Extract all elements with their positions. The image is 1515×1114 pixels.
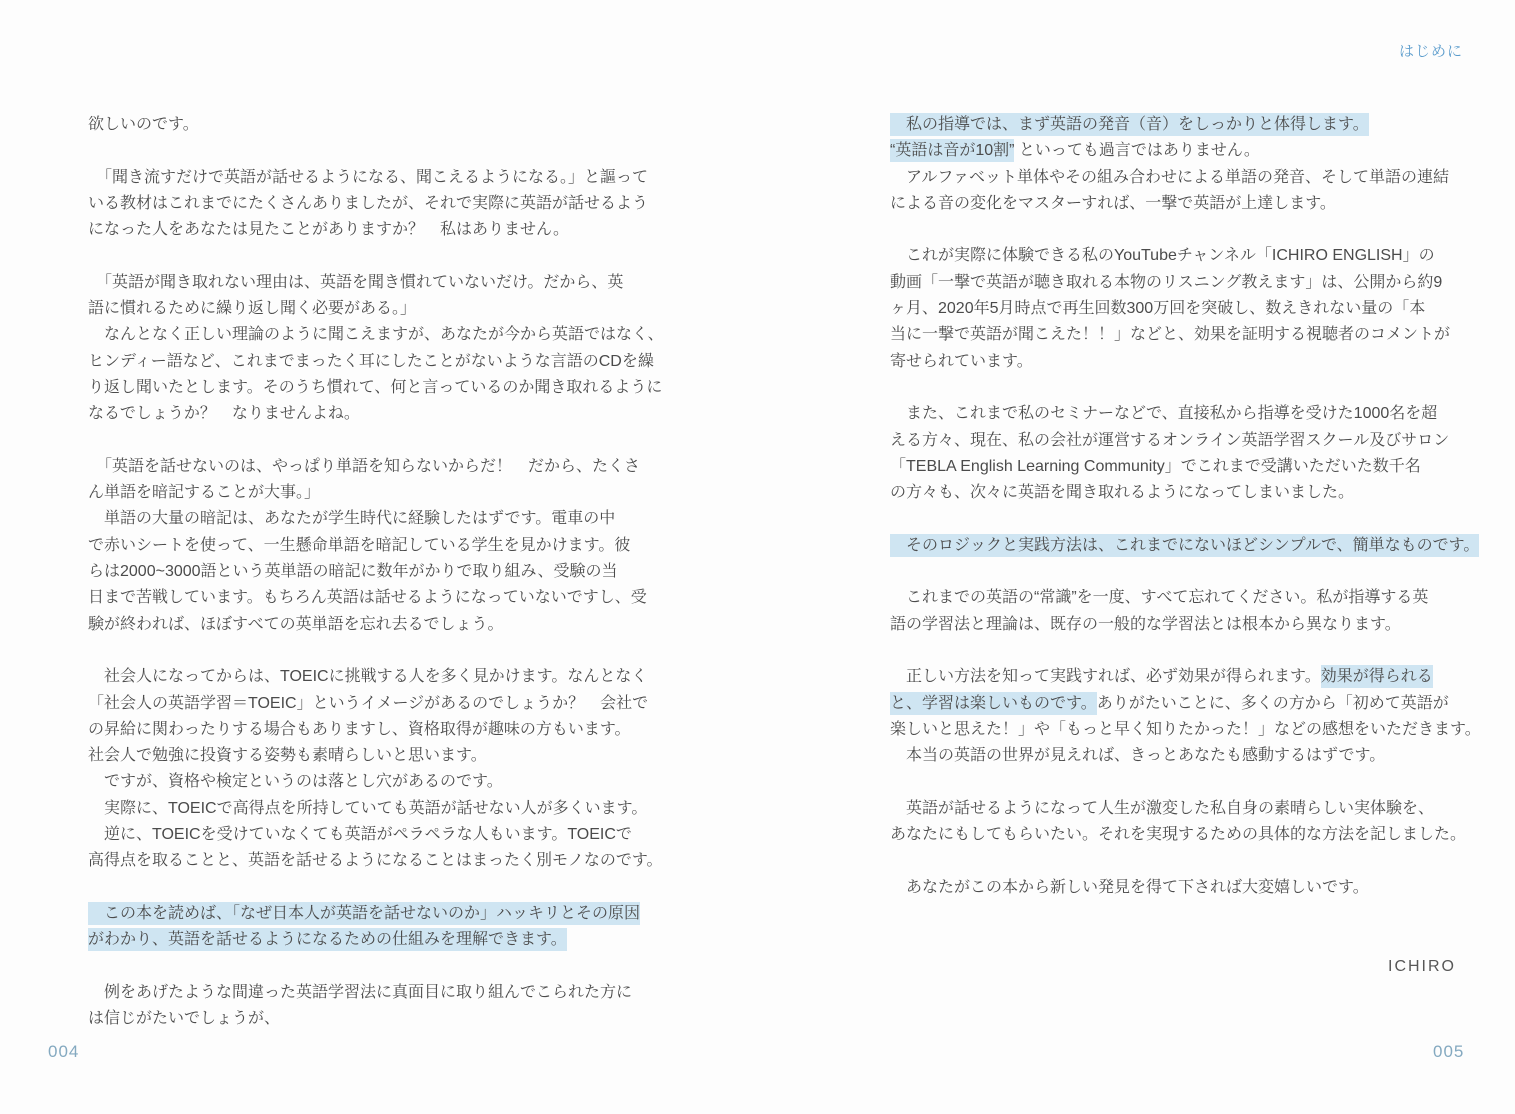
text-line: [890, 506, 1456, 532]
body-text: いる教材はこれまでにたくさんありましたが、それで実際に英語が話せるよう: [88, 195, 648, 212]
body-text: 「英語が聞き取れない理由は、英語を聞き慣れていないだけ。だから、英: [88, 274, 623, 291]
highlighted-text: 効果が得られる: [1321, 665, 1433, 688]
text-line: になった人をあなたは見たことがありますか？ 私はありません。: [88, 217, 654, 243]
text-line: [88, 954, 654, 980]
body-text: り返し聞いたとします。そのうち慣れて、何と言っているのか聞き取れるように: [88, 379, 662, 396]
text-line: 「TEBLA English Learning Community」でこれまで受…: [890, 454, 1456, 480]
text-line: “英語は音が10割” といっても過言ではありません。: [890, 138, 1456, 164]
body-text: なるでしょうか？ なりませんよね。: [88, 405, 360, 422]
body-text: の昇給に関わったりする場合もありますし、資格取得が趣味の方もいます。: [88, 721, 631, 738]
text-line: 語に慣れるために繰り返し聞く必要がある。」: [88, 296, 654, 322]
body-text: による音の変化をマスターすれば、一撃で英語が上達します。: [890, 195, 1336, 212]
text-line: らは2000~3000語という英単語の暗記に数年がかりで取り組み、受験の当: [88, 559, 654, 585]
text-line: 験が終われば、ほぼすべての英単語を忘れ去るでしょう。: [88, 612, 654, 638]
text-line: この本を読めば、「なぜ日本人が英語を話せないのか」ハッキリとその原因: [88, 901, 654, 927]
text-line: 「聞き流すだけで英語が話せるようになる、聞こえるようになる。」と謳って: [88, 165, 654, 191]
text-line: [890, 375, 1456, 401]
text-line: これまでの英語の“常識”を一度、すべて忘れてください。私が指導する英: [890, 585, 1456, 611]
text-line: アルファベット単体やその組み合わせによる単語の発音、そして単語の連結: [890, 165, 1456, 191]
body-text: あなたにもしてもらいたい。それを実現するための具体的な方法を記しました。: [890, 826, 1466, 843]
text-line: り返し聞いたとします。そのうち慣れて、何と言っているのか聞き取れるように: [88, 375, 654, 401]
body-text: アルファベット単体やその組み合わせによる単語の発音、そして単語の連結: [890, 169, 1449, 186]
body-text: になった人をあなたは見たことがありますか？ 私はありません。: [88, 221, 569, 238]
body-text: 動画「一撃で英語が聴き取れる本物のリスニング教えます」は、公開から約9: [890, 274, 1442, 291]
body-text: 単語の大量の暗記は、あなたが学生時代に経験したはずです。電車の中: [88, 510, 615, 527]
body-text: の方々も、次々に英語を聞き取れるようになってしまいました。: [890, 484, 1354, 501]
text-line: 当に一撃で英語が聞こえた！！」などと、効果を証明する視聴者のコメントが: [890, 322, 1456, 348]
highlighted-text: この本を読めば、「なぜ日本人が英語を話せないのか」ハッキリとその原因: [88, 902, 640, 925]
body-text: 高得点を取ることと、英語を話せるようになることはまったく別モノなのです。: [88, 852, 663, 869]
text-line: [890, 901, 1456, 927]
body-text: なんとなく正しい理論のように聞こえますが、あなたが今から英語ではなく、: [88, 326, 664, 343]
body-text: 正しい方法を知って実践すれば、必ず効果が得られます。: [890, 668, 1321, 685]
body-text: 実際に、TOEICで高得点を所持していても英語が話せない人が多くいます。: [88, 800, 647, 817]
text-line: 社会人で勉強に投資する姿勢も素晴らしいと思います。: [88, 743, 654, 769]
text-line: ヶ月、2020年5月時点で再生回数300万回を突破し、数えきれない量の「本: [890, 296, 1456, 322]
right-page-text: 私の指導では、まず英語の発音（音）をしっかりと体得します。“英語は音が10割” …: [890, 112, 1456, 980]
body-text: ICHIRO: [1388, 958, 1456, 975]
text-line: 例をあげたような間違った英語学習法に真面目に取り組んでこられた方に: [88, 980, 654, 1006]
body-text: 「社会人の英語学習＝TOEIC」というイメージがあるのでしょうか？ 会社で: [88, 695, 648, 712]
page-number-right: 005: [1433, 1042, 1464, 1062]
text-line: そのロジックと実践方法は、これまでにないほどシンプルで、簡単なものです。: [890, 533, 1456, 559]
body-text: 語の学習法と理論は、既存の一般的な学習法とは根本から異なります。: [890, 616, 1401, 633]
text-line: 社会人になってからは、TOEICに挑戦する人を多く見かけます。なんとなく: [88, 664, 654, 690]
text-line: 欲しいのです。: [88, 112, 654, 138]
highlighted-text: “英語は音が10割”: [890, 139, 1014, 162]
text-line: ですが、資格や検定というのは落とし穴があるのです。: [88, 769, 654, 795]
text-line: ヒンディー語など、これまでまったく耳にしたことがないような言語のCDを繰: [88, 349, 654, 375]
text-line: ん単語を暗記することが大事。」: [88, 480, 654, 506]
text-line: [88, 428, 654, 454]
body-text: また、これまで私のセミナーなどで、直接私から指導を受けた1000名を超: [890, 405, 1437, 422]
highlighted-text: と、学習は楽しいものです。: [890, 692, 1097, 715]
text-line: [88, 638, 654, 664]
text-line: あなたがこの本から新しい発見を得て下されば大変嬉しいです。: [890, 875, 1456, 901]
body-text: で赤いシートを使って、一生懸命単語を暗記している学生を見かけます。彼: [88, 537, 630, 554]
text-line: 逆に、TOEICを受けていなくても英語がペラペラな人もいます。TOEICで: [88, 822, 654, 848]
text-line: これが実際に体験できる私のYouTubeチャンネル「ICHIRO ENGLISH…: [890, 243, 1456, 269]
body-text: これまでの英語の“常識”を一度、すべて忘れてください。私が指導する英: [890, 589, 1428, 606]
body-text: 「英語を話せないのは、やっぱり単語を知らないからだ！ だから、たくさ: [88, 458, 640, 475]
text-line: 「英語を話せないのは、やっぱり単語を知らないからだ！ だから、たくさ: [88, 454, 654, 480]
body-text: ん単語を暗記することが大事。」: [88, 484, 320, 501]
body-text: これが実際に体験できる私のYouTubeチャンネル「ICHIRO ENGLISH…: [890, 247, 1435, 264]
text-line: なんとなく正しい理論のように聞こえますが、あなたが今から英語ではなく、: [88, 322, 654, 348]
text-line: がわかり、英語を話せるようになるための仕組みを理解できます。: [88, 927, 654, 953]
text-line: 英語が話せるようになって人生が激変した私自身の素晴らしい実体験を、: [890, 796, 1456, 822]
highlighted-text: そのロジックと実践方法は、これまでにないほどシンプルで、簡単なものです。: [890, 534, 1479, 557]
body-text: ヶ月、2020年5月時点で再生回数300万回を突破し、数えきれない量の「本: [890, 300, 1425, 317]
text-line: の昇給に関わったりする場合もありますし、資格取得が趣味の方もいます。: [88, 717, 654, 743]
body-text: 「聞き流すだけで英語が話せるようになる、聞こえるようになる。」と謳って: [88, 169, 648, 186]
text-line: [88, 875, 654, 901]
body-text: ありがたいことに、多くの方から「初めて英語が: [1097, 695, 1449, 712]
text-line: また、これまで私のセミナーなどで、直接私から指導を受けた1000名を超: [890, 401, 1456, 427]
highlighted-text: 私の指導では、まず英語の発音（音）をしっかりと体得します。: [890, 113, 1369, 136]
text-line: 日まで苦戦しています。もちろん英語は話せるようになっていないですし、受: [88, 585, 654, 611]
text-line: による音の変化をマスターすれば、一撃で英語が上達します。: [890, 191, 1456, 217]
body-text: らは2000~3000語という英単語の暗記に数年がかりで取り組み、受験の当: [88, 563, 618, 580]
text-line: [88, 138, 654, 164]
text-line: あなたにもしてもらいたい。それを実現するための具体的な方法を記しました。: [890, 822, 1456, 848]
text-line: 語の学習法と理論は、既存の一般的な学習法とは根本から異なります。: [890, 612, 1456, 638]
text-line: 正しい方法を知って実践すれば、必ず効果が得られます。効果が得られる: [890, 664, 1456, 690]
body-text: 欲しいのです。: [88, 116, 199, 133]
body-text: ヒンディー語など、これまでまったく耳にしたことがないような言語のCDを繰: [88, 353, 654, 370]
body-text: 験が終われば、ほぼすべての英単語を忘れ去るでしょう。: [88, 616, 504, 633]
text-line: は信じがたいでしょうが、: [88, 1006, 654, 1032]
text-line: の方々も、次々に英語を聞き取れるようになってしまいました。: [890, 480, 1456, 506]
body-text: 語に慣れるために繰り返し聞く必要がある。」: [88, 300, 416, 317]
body-text: 楽しいと思えた！」や「もっと早く知りたかった！」などの感想をいただきます。: [890, 721, 1481, 738]
left-page-text: 欲しいのです。 「聞き流すだけで英語が話せるようになる、聞こえるようになる。」と…: [88, 112, 654, 1032]
text-line: いる教材はこれまでにたくさんありましたが、それで実際に英語が話せるよう: [88, 191, 654, 217]
book-spread: はじめに 欲しいのです。 「聞き流すだけで英語が話せるようになる、聞こえるように…: [0, 0, 1515, 1114]
highlighted-text: がわかり、英語を話せるようになるための仕組みを理解できます。: [88, 928, 567, 951]
body-text: 日まで苦戦しています。もちろん英語は話せるようになっていないですし、受: [88, 589, 647, 606]
body-text: あなたがこの本から新しい発見を得て下されば大変嬉しいです。: [890, 879, 1369, 896]
text-line: 私の指導では、まず英語の発音（音）をしっかりと体得します。: [890, 112, 1456, 138]
text-line: [88, 243, 654, 269]
text-line: 「社会人の英語学習＝TOEIC」というイメージがあるのでしょうか？ 会社で: [88, 691, 654, 717]
body-text: といっても過言ではありません。: [1014, 142, 1259, 159]
text-line: 寄せられています。: [890, 349, 1456, 375]
body-text: 寄せられています。: [890, 353, 1033, 370]
body-text: 社会人になってからは、TOEICに挑戦する人を多く見かけます。なんとなく: [88, 668, 647, 685]
text-line: 動画「一撃で英語が聴き取れる本物のリスニング教えます」は、公開から約9: [890, 270, 1456, 296]
body-text: 社会人で勉強に投資する姿勢も素晴らしいと思います。: [88, 747, 487, 764]
text-line: で赤いシートを使って、一生懸命単語を暗記している学生を見かけます。彼: [88, 533, 654, 559]
text-line: 「英語が聞き取れない理由は、英語を聞き慣れていないだけ。だから、英: [88, 270, 654, 296]
body-text: は信じがたいでしょうが、: [88, 1010, 280, 1027]
text-line: [890, 927, 1456, 953]
body-text: ですが、資格や検定というのは落とし穴があるのです。: [88, 773, 503, 790]
body-text: 「TEBLA English Learning Community」でこれまで受…: [890, 458, 1421, 475]
text-line: 単語の大量の暗記は、あなたが学生時代に経験したはずです。電車の中: [88, 506, 654, 532]
body-text: 例をあげたような間違った英語学習法に真面目に取り組んでこられた方に: [88, 984, 632, 1001]
body-text: 当に一撃で英語が聞こえた！！」などと、効果を証明する視聴者のコメントが: [890, 326, 1450, 343]
text-line: える方々、現在、私の会社が運営するオンライン英語学習スクール及びサロン: [890, 428, 1456, 454]
text-line: [890, 769, 1456, 795]
body-text: える方々、現在、私の会社が運営するオンライン英語学習スクール及びサロン: [890, 432, 1449, 449]
text-line: [890, 559, 1456, 585]
text-line: 本当の英語の世界が見えれば、きっとあなたも感動するはずです。: [890, 743, 1456, 769]
text-line: 実際に、TOEICで高得点を所持していても英語が話せない人が多くいます。: [88, 796, 654, 822]
body-text: 本当の英語の世界が見えれば、きっとあなたも感動するはずです。: [890, 747, 1385, 764]
text-line: なるでしょうか？ なりませんよね。: [88, 401, 654, 427]
section-heading: はじめに: [1399, 40, 1463, 61]
text-line: と、学習は楽しいものです。ありがたいことに、多くの方から「初めて英語が: [890, 691, 1456, 717]
text-line: ICHIRO: [890, 954, 1456, 980]
page-number-left: 004: [48, 1042, 79, 1062]
text-line: 高得点を取ることと、英語を話せるようになることはまったく別モノなのです。: [88, 848, 654, 874]
text-line: 楽しいと思えた！」や「もっと早く知りたかった！」などの感想をいただきます。: [890, 717, 1456, 743]
text-line: [890, 848, 1456, 874]
text-line: [890, 638, 1456, 664]
body-text: 英語が話せるようになって人生が激変した私自身の素晴らしい実体験を、: [890, 800, 1434, 817]
text-line: [890, 217, 1456, 243]
body-text: 逆に、TOEICを受けていなくても英語がペラペラな人もいます。TOEICで: [88, 826, 632, 843]
